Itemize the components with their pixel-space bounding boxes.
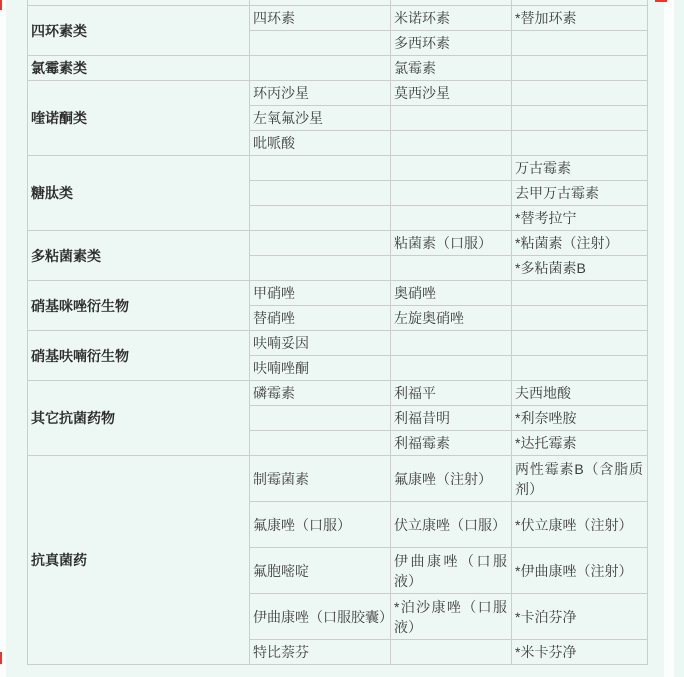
drug-cell: *伊曲康唑（注射） <box>512 548 648 594</box>
drug-cell: 去甲万古霉素 <box>512 181 648 206</box>
drug-cell: *达托霉素 <box>512 431 648 456</box>
drug-cell <box>250 31 391 56</box>
drug-cell <box>250 431 391 456</box>
drug-cell <box>250 206 391 231</box>
drug-cell <box>391 106 512 131</box>
drug-cell: 呋喃妥因 <box>250 331 391 356</box>
drug-cell: 粘菌素（口服） <box>391 231 512 256</box>
drug-cell: 伊曲康唑（口服胶囊） <box>250 594 391 640</box>
drug-cell: *粘菌素（注射） <box>512 231 648 256</box>
drug-cell <box>391 206 512 231</box>
category-cell: 抗真菌药 <box>28 456 250 665</box>
drug-cell <box>512 56 648 81</box>
drug-cell <box>512 356 648 381</box>
screenshot-edge-marker-icon <box>0 0 2 10</box>
drug-cell <box>250 181 391 206</box>
drug-cell: 多西环素 <box>391 31 512 56</box>
drug-cell: 利福平 <box>391 381 512 406</box>
drug-cell: *泊沙康唑（口服液） <box>391 594 512 640</box>
table-body: 四环素类四环素米诺环素*替加环素多西环素氯霉素类氯霉素喹诺酮类环丙沙星莫西沙星左… <box>28 0 648 665</box>
drug-cell: 利福霉素 <box>391 431 512 456</box>
drug-cell: 呋喃唑酮 <box>250 356 391 381</box>
antibiotics-drug-table: 四环素类四环素米诺环素*替加环素多西环素氯霉素类氯霉素喹诺酮类环丙沙星莫西沙星左… <box>27 0 648 665</box>
table-row: 多粘菌素类粘菌素（口服）*粘菌素（注射） <box>28 231 648 256</box>
category-cell: 其它抗菌药物 <box>28 381 250 456</box>
table-row: 硝基呋喃衍生物呋喃妥因 <box>28 331 648 356</box>
drug-cell <box>250 256 391 281</box>
screenshot-edge-marker-icon <box>0 652 2 664</box>
drug-cell: 氯霉素 <box>391 56 512 81</box>
drug-cell <box>391 640 512 665</box>
category-cell: 硝基咪唑衍生物 <box>28 281 250 331</box>
drug-cell <box>391 156 512 181</box>
drug-cell <box>250 406 391 431</box>
drug-cell: 氟康唑（注射） <box>391 456 512 502</box>
drug-cell: 甲硝唑 <box>250 281 391 306</box>
left-margin-strip <box>0 0 6 677</box>
drug-cell: 米诺环素 <box>391 6 512 31</box>
drug-cell: 左氧氟沙星 <box>250 106 391 131</box>
screenshot-edge-marker-icon <box>655 0 667 2</box>
drug-cell <box>391 131 512 156</box>
drug-cell: *米卡芬净 <box>512 640 648 665</box>
drug-cell <box>512 131 648 156</box>
drug-cell <box>512 306 648 331</box>
drug-cell: 制霉菌素 <box>250 456 391 502</box>
drug-cell <box>391 256 512 281</box>
table-row: 硝基咪唑衍生物甲硝唑奥硝唑 <box>28 281 648 306</box>
drug-cell <box>391 331 512 356</box>
drug-cell: 奥硝唑 <box>391 281 512 306</box>
drug-cell: 替硝唑 <box>250 306 391 331</box>
drug-cell: 伊曲康唑（口服液） <box>391 548 512 594</box>
category-cell: 喹诺酮类 <box>28 81 250 156</box>
category-cell: 糖肽类 <box>28 156 250 231</box>
table-row: 四环素类四环素米诺环素*替加环素 <box>28 6 648 31</box>
drug-cell <box>250 156 391 181</box>
drug-cell: 万古霉素 <box>512 156 648 181</box>
drug-cell: 氟胞嘧啶 <box>250 548 391 594</box>
drug-cell: 夫西地酸 <box>512 381 648 406</box>
category-cell: 氯霉素类 <box>28 56 250 81</box>
drug-cell: *替考拉宁 <box>512 206 648 231</box>
category-cell: 多粘菌素类 <box>28 231 250 281</box>
drug-cell: 四环素 <box>250 6 391 31</box>
table-row: 抗真菌药制霉菌素氟康唑（注射）两性霉素B（含脂质剂） <box>28 456 648 502</box>
table-row: 喹诺酮类环丙沙星莫西沙星 <box>28 81 648 106</box>
drug-cell <box>250 231 391 256</box>
drug-cell <box>391 181 512 206</box>
right-margin-strip <box>664 0 674 677</box>
drug-cell: 左旋奥硝唑 <box>391 306 512 331</box>
page: 四环素类四环素米诺环素*替加环素多西环素氯霉素类氯霉素喹诺酮类环丙沙星莫西沙星左… <box>0 0 684 677</box>
category-cell: 硝基呋喃衍生物 <box>28 331 250 381</box>
drug-cell <box>512 106 648 131</box>
drug-cell: *卡泊芬净 <box>512 594 648 640</box>
drug-cell: 利福昔明 <box>391 406 512 431</box>
table-row: 糖肽类万古霉素 <box>28 156 648 181</box>
drug-cell <box>391 356 512 381</box>
table-row: 氯霉素类氯霉素 <box>28 56 648 81</box>
drug-cell: 环丙沙星 <box>250 81 391 106</box>
drug-cell <box>512 81 648 106</box>
drug-cell <box>512 31 648 56</box>
drug-cell: 氟康唑（口服） <box>250 502 391 548</box>
drug-cell: 莫西沙星 <box>391 81 512 106</box>
drug-cell: *多粘菌素B <box>512 256 648 281</box>
drug-cell: 伏立康唑（口服） <box>391 502 512 548</box>
drug-cell <box>250 56 391 81</box>
drug-cell: 吡哌酸 <box>250 131 391 156</box>
drug-cell: *利奈唑胺 <box>512 406 648 431</box>
table-row: 其它抗菌药物磷霉素利福平夫西地酸 <box>28 381 648 406</box>
drug-cell: *替加环素 <box>512 6 648 31</box>
drug-cell: 两性霉素B（含脂质剂） <box>512 456 648 502</box>
drug-cell: 磷霉素 <box>250 381 391 406</box>
drug-cell <box>512 281 648 306</box>
category-cell: 四环素类 <box>28 6 250 56</box>
drug-cell: 特比萘芬 <box>250 640 391 665</box>
drug-cell <box>512 331 648 356</box>
drug-cell: *伏立康唑（注射） <box>512 502 648 548</box>
